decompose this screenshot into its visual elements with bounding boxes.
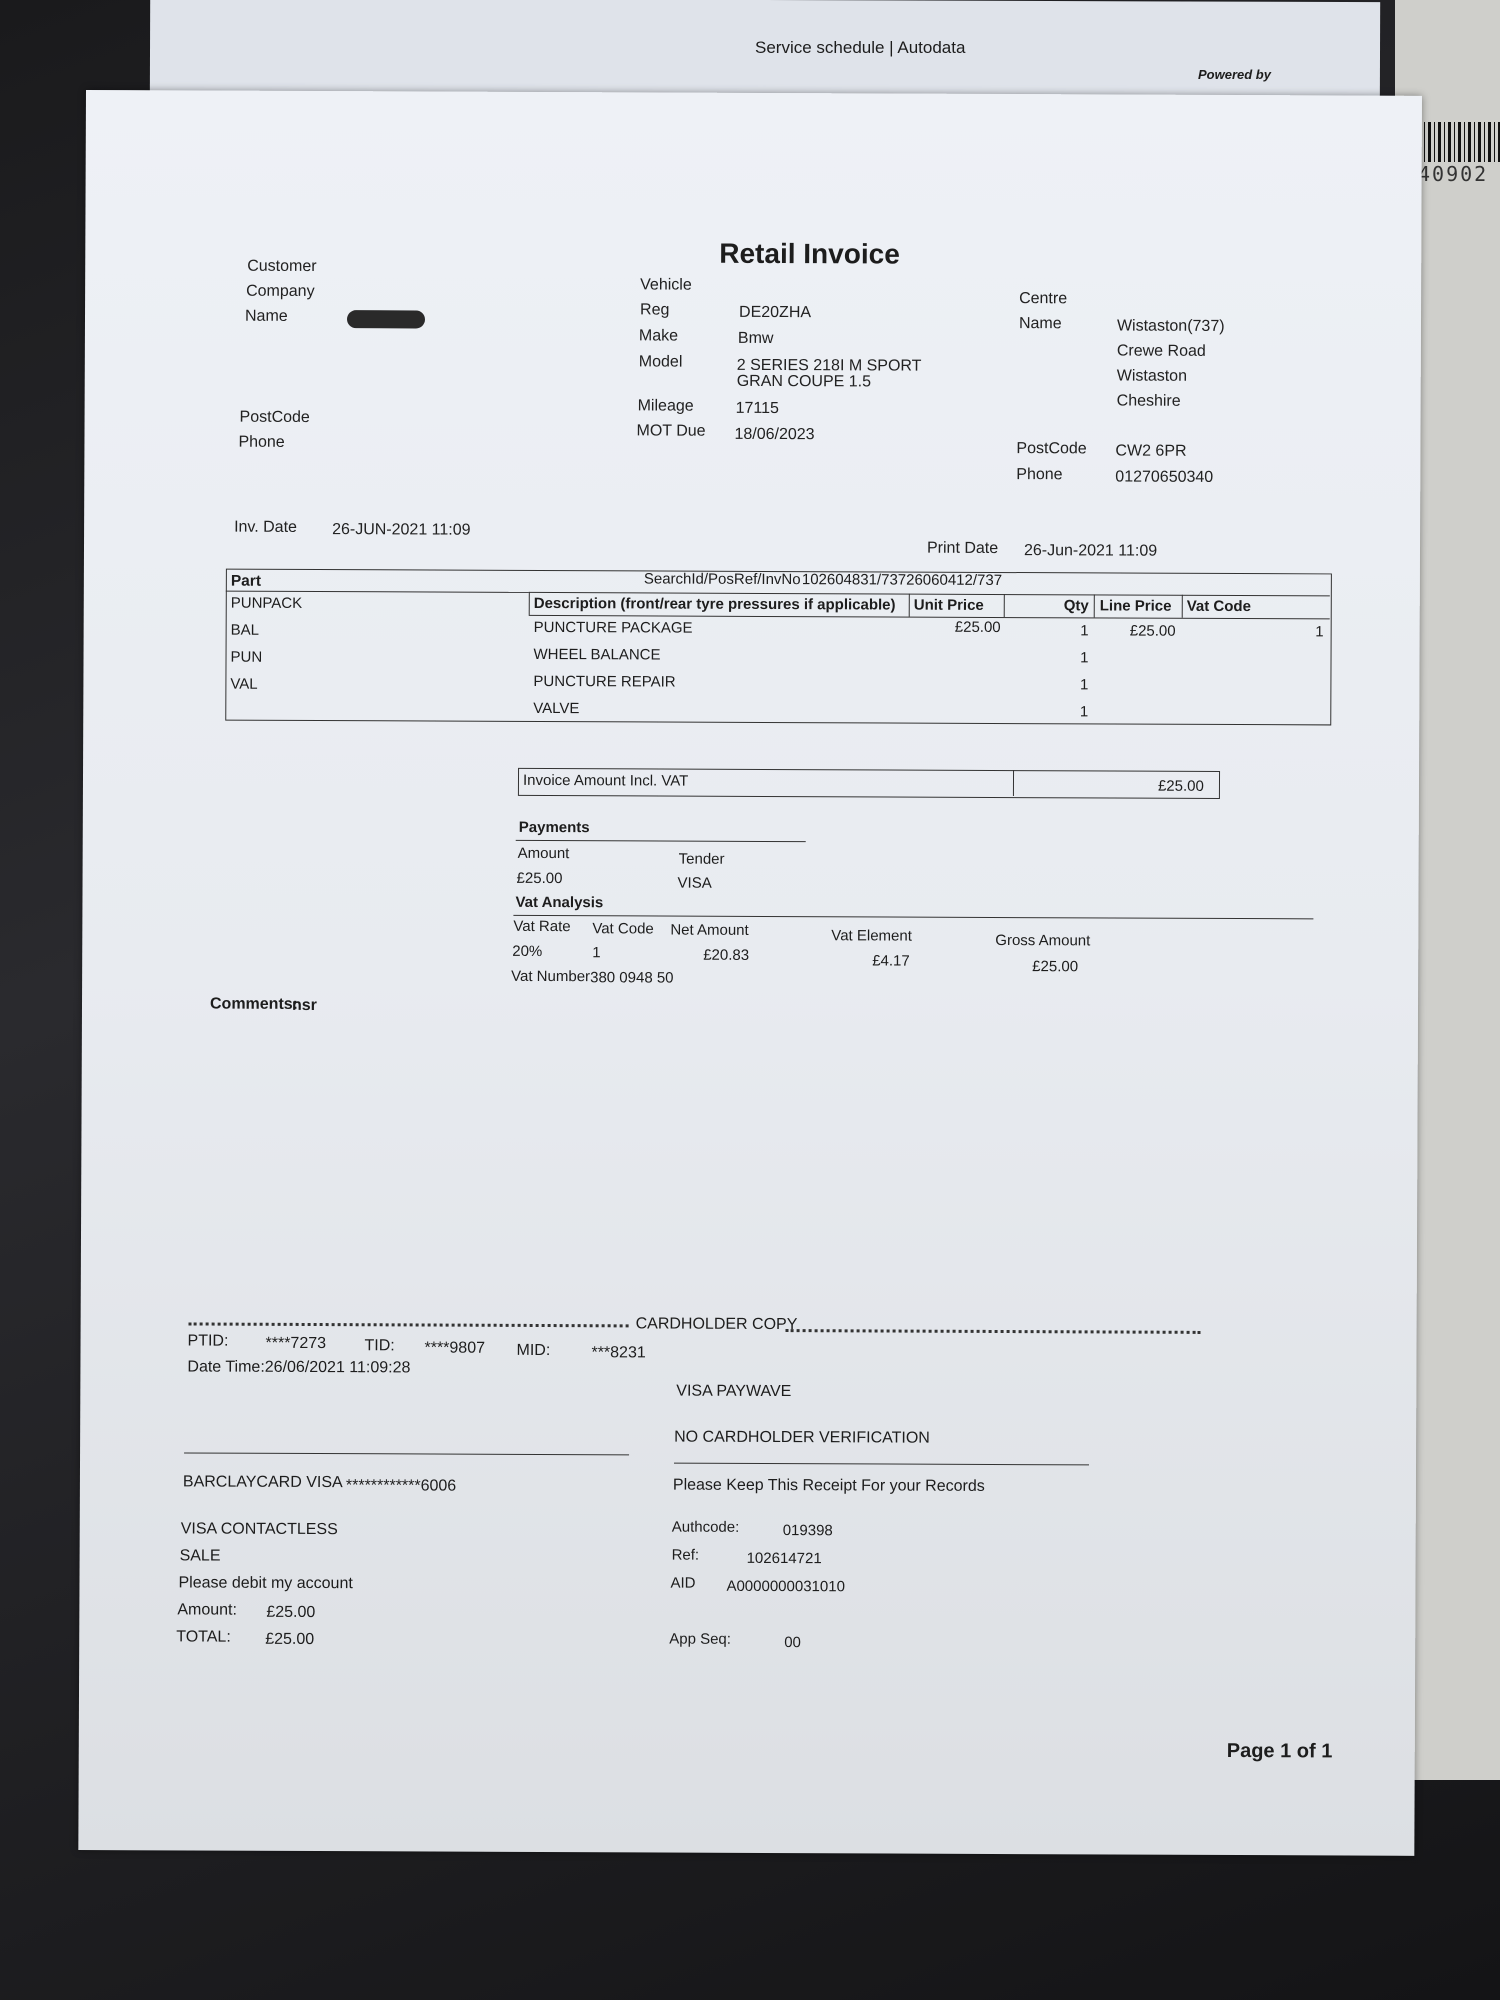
- authcode-label: Authcode:: [672, 1519, 740, 1536]
- card-name: BARCLAYCARD VISA: [183, 1473, 343, 1492]
- line-price-col-divider: [1182, 595, 1183, 618]
- centre-name-label: Name: [1019, 315, 1062, 333]
- receipt-total-label: TOTAL:: [176, 1628, 231, 1646]
- tid-value: ****9807: [424, 1339, 485, 1357]
- vat-element-header: Vat Element: [831, 927, 912, 944]
- authcode-value: 019398: [783, 1522, 833, 1539]
- vat-code-value: 1: [592, 944, 600, 961]
- row-qty: 1: [1008, 703, 1088, 720]
- centre-postcode-value: CW2 6PR: [1115, 442, 1186, 460]
- qty-col-divider: [1094, 594, 1095, 617]
- payments-title: Payments: [519, 819, 590, 836]
- invoice-sheet: Retail Invoice Customer Company Name Pos…: [78, 90, 1422, 1856]
- vat-number-value: 380 0948 50: [590, 969, 673, 986]
- powered-by-label: Powered by: [1198, 67, 1271, 82]
- cardholder-copy-label: CARDHOLDER COPY: [636, 1315, 798, 1334]
- card-number: ************6006: [346, 1477, 456, 1495]
- app-seq-label: App Seq:: [669, 1631, 731, 1648]
- receipt-amount-label: Amount:: [177, 1601, 237, 1619]
- row-line-price: £25.00: [1096, 622, 1176, 639]
- reg-label: Reg: [640, 301, 669, 319]
- row-description: VALVE: [533, 700, 579, 717]
- payment-amount-label: Amount: [518, 845, 570, 862]
- gross-amount-header: Gross Amount: [995, 932, 1090, 949]
- payment-tender-value: VISA: [678, 875, 712, 892]
- receipt-total-value: £25.00: [265, 1631, 314, 1649]
- receipt-amount-value: £25.00: [266, 1604, 315, 1622]
- dotted-separator-left: [189, 1322, 629, 1327]
- model-value-line2: GRAN COUPE 1.5: [737, 373, 871, 392]
- vat-rate-header: Vat Rate: [513, 918, 570, 935]
- payment-tender-label: Tender: [679, 851, 725, 868]
- vat-rate-value: 20%: [512, 943, 542, 960]
- signature-line-right: [674, 1463, 1089, 1466]
- tid-label: TID:: [364, 1337, 394, 1355]
- payment-amount-value: £25.00: [517, 870, 563, 887]
- centre-address-1: Crewe Road: [1117, 343, 1206, 361]
- unit-price-col-divider: [909, 594, 910, 617]
- header-line-price: Line Price: [1100, 597, 1172, 614]
- mid-label: MID:: [516, 1342, 550, 1360]
- vat-analysis-title: Vat Analysis: [515, 894, 603, 911]
- customer-label: Customer: [247, 258, 316, 276]
- page-number: Page 1 of 1: [1227, 1740, 1333, 1763]
- row-part: VAL: [230, 676, 257, 693]
- header-unit-price: Unit Price: [914, 597, 984, 614]
- inv-date-value: 26-JUN-2021 11:09: [332, 521, 471, 540]
- ptid-value: ****7273: [265, 1335, 326, 1353]
- redacted-customer-name: [347, 310, 425, 328]
- search-label: SearchId/PosRef/InvNo: [644, 570, 801, 588]
- payments-divider: [516, 840, 806, 842]
- app-seq-value: 00: [784, 1634, 801, 1651]
- customer-postcode-label: PostCode: [240, 409, 310, 427]
- row-description: WHEEL BALANCE: [534, 646, 661, 664]
- row-qty: 1: [1009, 622, 1089, 639]
- net-amount-value: £20.83: [703, 947, 749, 964]
- visa-paywave-label: VISA PAYWAVE: [676, 1383, 791, 1402]
- comments-value: nsr: [292, 997, 317, 1015]
- header-description: Description (front/rear tyre pressures i…: [534, 595, 896, 614]
- gross-amount-value: £25.00: [1032, 958, 1078, 975]
- sale-label: SALE: [180, 1547, 221, 1565]
- mot-due-label: MOT Due: [636, 422, 705, 440]
- mileage-value: 17115: [736, 400, 779, 418]
- ptid-label: PTID:: [188, 1332, 229, 1350]
- comments-label: Comments:: [210, 996, 298, 1014]
- row-description: PUNCTURE PACKAGE: [534, 619, 693, 637]
- make-label: Make: [639, 327, 678, 345]
- visa-contactless-label: VISA CONTACTLESS: [181, 1520, 338, 1539]
- description-col-divider: [529, 592, 530, 615]
- row-unit-price: £25.00: [921, 619, 1001, 636]
- vat-element-value: £4.17: [872, 952, 910, 969]
- mid-value: ***8231: [591, 1344, 645, 1362]
- aid-value: A0000000031010: [726, 1578, 845, 1596]
- row-vat-code: 1: [1244, 623, 1324, 640]
- row-qty: 1: [1008, 649, 1088, 666]
- centre-address-2: Wistaston: [1117, 368, 1187, 386]
- dotted-separator-right: [786, 1329, 1201, 1334]
- unit-price-right-divider: [1004, 594, 1005, 617]
- row-part: PUNPACK: [231, 595, 302, 612]
- row-qty: 1: [1008, 676, 1088, 693]
- signature-line-left: [184, 1452, 629, 1455]
- row-part: BAL: [231, 622, 259, 639]
- centre-address-3: Cheshire: [1117, 393, 1181, 411]
- aid-label: AID: [670, 1575, 695, 1592]
- centre-postcode-label: PostCode: [1016, 440, 1086, 458]
- row-description: PUNCTURE REPAIR: [533, 673, 675, 691]
- header-part: Part: [231, 573, 261, 591]
- vehicle-label: Vehicle: [640, 276, 692, 294]
- mileage-label: Mileage: [638, 397, 694, 415]
- no-verification-label: NO CARDHOLDER VERIFICATION: [674, 1429, 930, 1448]
- centre-phone-value: 01270650340: [1115, 468, 1213, 486]
- invoice-amount-divider: [1013, 770, 1014, 796]
- invoice-title: Retail Invoice: [719, 238, 900, 271]
- vat-number-label: Vat Number: [511, 968, 590, 985]
- mot-due-value: 18/06/2023: [734, 426, 814, 444]
- keep-receipt-label: Please Keep This Receipt For your Record…: [673, 1477, 985, 1496]
- barcode-number: 40902: [1418, 162, 1488, 186]
- centre-label: Centre: [1019, 290, 1067, 308]
- centre-name-value: Wistaston(737): [1117, 318, 1225, 336]
- centre-phone-label: Phone: [1016, 466, 1062, 484]
- invoice-amount-value: £25.00: [1158, 778, 1204, 795]
- header-vat-code: Vat Code: [1187, 598, 1251, 615]
- transaction-datetime: Date Time:26/06/2021 11:09:28: [187, 1358, 410, 1377]
- ref-value: 102614721: [747, 1550, 822, 1567]
- vat-analysis-divider: [513, 915, 1313, 919]
- model-label: Model: [639, 353, 683, 371]
- company-label: Company: [246, 283, 315, 301]
- make-value: Bmw: [738, 330, 774, 348]
- reg-value: DE20ZHA: [739, 304, 811, 322]
- print-date-label: Print Date: [927, 540, 998, 558]
- invoice-amount-label: Invoice Amount Incl. VAT: [523, 772, 688, 790]
- search-value: 102604831/73726060412/737: [802, 571, 1002, 589]
- name-label: Name: [245, 308, 288, 326]
- debit-account-text: Please debit my account: [178, 1574, 352, 1593]
- inv-date-label: Inv. Date: [234, 519, 297, 537]
- header-qty: Qty: [1064, 597, 1089, 614]
- print-date-value: 26-Jun-2021 11:09: [1024, 542, 1157, 561]
- net-amount-header: Net Amount: [670, 922, 748, 939]
- ref-label: Ref:: [672, 1547, 700, 1564]
- barcode-icon: [1418, 122, 1500, 162]
- row-part: PUN: [230, 649, 262, 666]
- vat-code-header: Vat Code: [592, 920, 654, 937]
- service-schedule-title: Service schedule | Autodata: [755, 38, 965, 58]
- customer-phone-label: Phone: [238, 434, 284, 452]
